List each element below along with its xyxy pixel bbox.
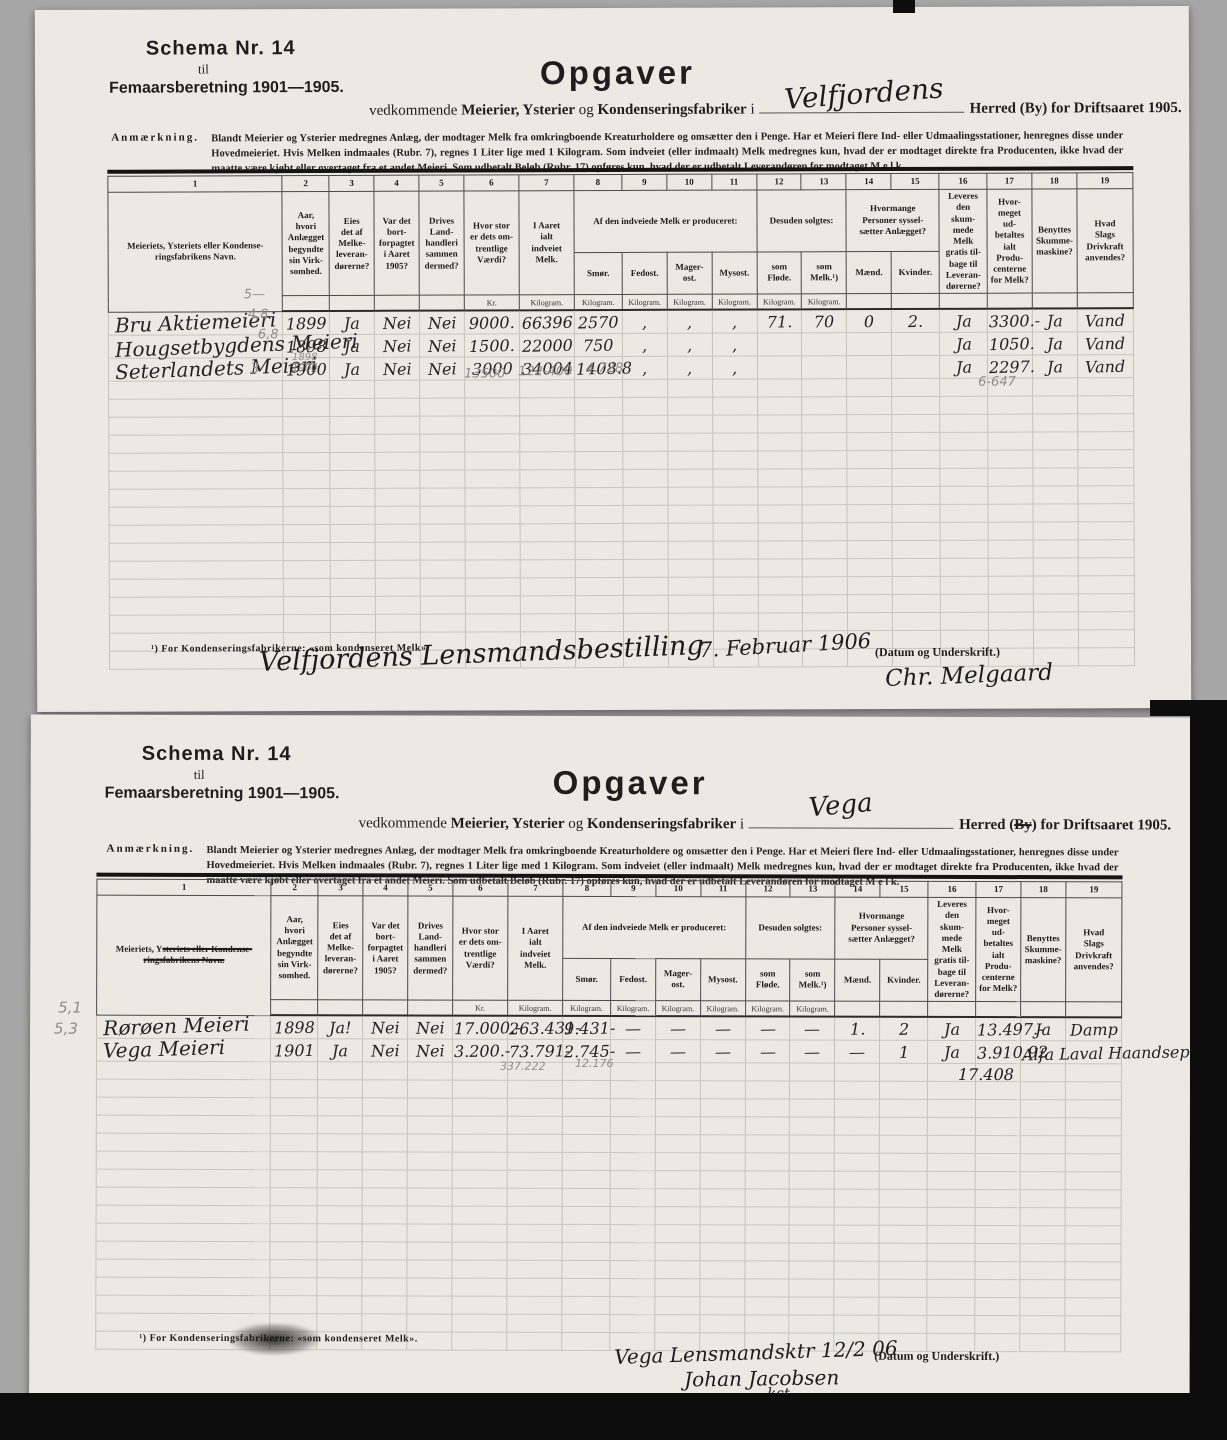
cell: Nei — [419, 311, 464, 334]
cell — [420, 380, 465, 398]
cell — [109, 434, 283, 453]
cell — [713, 541, 758, 559]
cell — [892, 432, 940, 450]
cell: 13.497.- — [976, 1017, 1021, 1040]
cell — [562, 1170, 610, 1188]
handwritten-entry: Ja — [944, 1044, 960, 1060]
cell — [407, 1080, 452, 1098]
cell — [452, 1296, 507, 1314]
cell — [892, 558, 940, 576]
cell — [1065, 1081, 1121, 1099]
handwritten-entry: 9000. — [469, 315, 515, 332]
cell — [330, 398, 375, 416]
cell — [700, 1206, 745, 1224]
cell — [520, 577, 575, 595]
pencil-count: 3 — [250, 359, 260, 377]
cell — [562, 1260, 610, 1278]
cell: 66396 — [519, 310, 574, 333]
column-number: 19 — [1077, 173, 1133, 189]
cell — [1077, 395, 1133, 413]
cell — [407, 1314, 452, 1332]
cell — [623, 595, 668, 613]
handwritten-entry: Vand — [1085, 359, 1126, 376]
subheader-cell: Mager- ost. — [656, 958, 701, 1001]
cell — [892, 504, 940, 522]
cell — [610, 1224, 655, 1242]
cell — [668, 415, 713, 433]
cell — [1033, 558, 1078, 576]
handwritten-entry: 1. — [850, 1021, 866, 1037]
cell — [363, 1098, 408, 1116]
data-table: 12345678910111213141516171819Meieriets, … — [95, 879, 1122, 1352]
subheader-cell: Kvinder. — [891, 251, 939, 294]
cell — [375, 578, 420, 596]
handwritten-entry: 1 — [898, 1044, 908, 1060]
header-cell: Benyttes Skumme- maskine? — [1032, 189, 1077, 293]
cell — [941, 612, 989, 630]
herred-by: By — [1025, 101, 1043, 117]
ved-i: i — [750, 102, 754, 118]
unit-cell — [835, 1001, 880, 1017]
header-name-part: ringsfabrikens Navn. — [143, 955, 224, 965]
cell — [668, 469, 713, 487]
cell — [834, 1279, 879, 1297]
cell — [465, 380, 520, 398]
pencil-year-fraction: 1898 1900 — [292, 353, 318, 374]
cell: 3300.- — [987, 309, 1032, 332]
column-number: 6 — [464, 175, 519, 191]
cell — [575, 469, 623, 487]
cell — [507, 1188, 562, 1206]
ink-smudge — [229, 1323, 319, 1355]
cell — [847, 540, 892, 558]
handwritten-entry: Nei — [427, 315, 456, 332]
cell — [668, 487, 713, 505]
cell — [465, 470, 520, 488]
cell — [700, 1116, 745, 1134]
ved-pre: vedkommende — [369, 103, 457, 119]
cell — [790, 1117, 835, 1135]
cell — [847, 332, 892, 355]
cell — [575, 595, 623, 613]
cell — [802, 396, 847, 414]
pencil-sum-paid: 6-647 — [978, 375, 1016, 390]
pencil-margin-row2: 5,3 — [54, 1020, 78, 1038]
header-name-part: Meieriets, Y — [116, 944, 163, 954]
cell — [375, 542, 420, 560]
cell — [758, 559, 803, 577]
cell — [790, 1171, 835, 1189]
cell — [1077, 377, 1133, 395]
cell — [1078, 539, 1134, 557]
cell — [879, 1207, 927, 1225]
column-number: 14 — [835, 881, 880, 897]
handwritten-entry: Ja — [344, 361, 360, 377]
cell — [1078, 593, 1134, 611]
cell — [407, 1278, 452, 1296]
cell — [975, 1189, 1020, 1207]
cell — [610, 1134, 655, 1152]
cell — [1078, 647, 1134, 665]
cell — [700, 1152, 745, 1170]
cell — [575, 577, 623, 595]
cell — [623, 505, 668, 523]
cell: 3.910.92 — [976, 1040, 1021, 1063]
cell — [1033, 612, 1078, 630]
cell — [927, 1135, 975, 1153]
cell — [892, 522, 940, 540]
cell — [375, 524, 420, 542]
cell — [562, 1206, 610, 1224]
cell — [700, 1062, 745, 1080]
cell — [757, 415, 802, 433]
cell — [879, 1189, 927, 1207]
table-wrap-2: 12345678910111213141516171819Meieriets, … — [95, 873, 1122, 1352]
cell — [575, 505, 623, 523]
cell — [668, 451, 713, 469]
cell: 70 — [802, 309, 847, 332]
handwritten-entry: 22000 — [521, 337, 572, 354]
cell — [452, 1314, 507, 1332]
cell — [655, 1206, 700, 1224]
cell — [507, 1332, 562, 1350]
cell — [375, 416, 420, 434]
til-label: til — [198, 61, 209, 77]
header-cell: Eies det af Melke- leveran- dørerne? — [329, 191, 374, 295]
header-cell: Var det bort- forpagtet i Aaret 1905? — [374, 191, 419, 295]
cell — [848, 576, 893, 594]
cell — [803, 558, 848, 576]
cell — [988, 486, 1033, 504]
cell — [835, 1099, 880, 1117]
cell: 2. — [892, 309, 940, 332]
cell: 2 — [880, 1017, 928, 1040]
cell — [465, 524, 520, 542]
cell — [700, 1170, 745, 1188]
cell — [893, 612, 941, 630]
cell: 1050. — [987, 332, 1032, 355]
cell: — — [700, 1039, 745, 1062]
herred-by-struck: By — [1014, 817, 1032, 833]
cell — [271, 1079, 318, 1097]
cell — [802, 355, 847, 378]
handwritten-entry: , — [642, 315, 647, 331]
handwritten-entry: Nei — [383, 361, 412, 378]
cell — [317, 1241, 362, 1259]
cell — [330, 542, 375, 560]
handwritten-entry: Ja — [944, 1021, 960, 1037]
handwritten-entry: , — [687, 360, 692, 376]
column-number: 12 — [756, 174, 801, 190]
column-number: 7 — [508, 880, 563, 896]
cell — [655, 1080, 700, 1098]
cell — [988, 432, 1033, 450]
cell — [879, 1297, 927, 1315]
header-name-part: Meieriets, Y — [127, 241, 174, 251]
cell — [975, 1315, 1020, 1333]
handwritten-entry: Damp — [1069, 1022, 1117, 1039]
cell — [610, 1314, 655, 1332]
page-title: Opgaver — [540, 54, 695, 93]
unit-cell — [330, 296, 375, 312]
cell — [407, 1170, 452, 1188]
cell — [520, 505, 575, 523]
cell — [790, 1189, 835, 1207]
cell — [668, 595, 713, 613]
cell — [893, 594, 941, 612]
header-cell: Drives Land- handleri sammen dermed? — [408, 896, 453, 1000]
cell — [610, 1188, 655, 1206]
cell — [376, 596, 421, 614]
cell: — — [835, 1040, 880, 1063]
handwritten-entry: Nei — [427, 338, 456, 355]
handwritten-entry: — — [670, 1021, 686, 1037]
cell — [283, 398, 330, 416]
cell — [1020, 1189, 1065, 1207]
cell — [575, 559, 623, 577]
cell — [420, 470, 465, 488]
scan-artifact-top — [893, 0, 915, 13]
cell — [317, 1295, 362, 1313]
cell — [284, 542, 331, 560]
cell — [96, 1241, 270, 1259]
cell — [507, 1278, 562, 1296]
scan-black-bottom — [0, 1393, 1227, 1440]
cell — [284, 614, 331, 632]
cell: Vand — [1077, 308, 1133, 331]
cell — [1065, 1135, 1121, 1153]
cell — [407, 1152, 452, 1170]
cell — [520, 595, 575, 613]
header-cell: Leveres den skum- mede Melk gratis til- … — [928, 897, 976, 1001]
cell — [758, 613, 803, 631]
cell — [317, 1277, 362, 1295]
cell — [420, 578, 465, 596]
subheader-cell: som Fløde. — [757, 251, 802, 294]
cell — [988, 504, 1033, 522]
cell — [668, 523, 713, 541]
cell: — — [655, 1016, 700, 1039]
cell — [1065, 1189, 1121, 1207]
header-name-part: steriets eller Kondense- — [162, 944, 252, 954]
ved-bold-1: Meierier, Ysterier — [461, 102, 575, 118]
cell — [452, 1152, 507, 1170]
unit-cell — [987, 293, 1032, 309]
handwritten-entry: 2570 — [578, 314, 619, 331]
cell — [96, 1079, 270, 1097]
cell — [757, 379, 802, 397]
cell — [331, 614, 376, 632]
handwritten-place: Velfjordens — [784, 71, 945, 116]
cell — [109, 506, 283, 525]
cell — [927, 1153, 975, 1171]
cell — [745, 1207, 790, 1225]
cell — [834, 1189, 879, 1207]
signature-name: Chr. Melgaard — [885, 660, 1054, 692]
cell — [712, 433, 757, 451]
cell — [834, 1315, 879, 1333]
cell — [407, 1260, 452, 1278]
cell — [655, 1260, 700, 1278]
cell — [940, 486, 988, 504]
handwritten-entry: — — [715, 1044, 731, 1060]
unit-cell: Kilogram. — [790, 1001, 835, 1017]
cell — [834, 1243, 879, 1261]
cell — [623, 541, 668, 559]
column-number: 3 — [318, 880, 363, 896]
cell — [757, 451, 802, 469]
cell: 1901 — [271, 1038, 318, 1061]
cell — [575, 523, 623, 541]
cell — [940, 594, 988, 612]
cell — [375, 470, 420, 488]
unit-cell: Kilogram. — [508, 1000, 563, 1016]
cell — [507, 1152, 562, 1170]
cell — [270, 1295, 317, 1313]
cell — [988, 396, 1033, 414]
cell — [1033, 432, 1078, 450]
cell — [283, 452, 330, 470]
cell — [847, 486, 892, 504]
cell — [879, 1279, 927, 1297]
cell — [802, 504, 847, 522]
cell — [835, 1135, 880, 1153]
cell — [420, 614, 465, 632]
handwritten-entry: Ja — [1047, 359, 1063, 375]
cell — [940, 450, 988, 468]
cell: 1898 — [271, 1015, 318, 1038]
column-number: 16 — [939, 173, 987, 189]
cell — [283, 488, 330, 506]
cell — [610, 1170, 655, 1188]
cell — [407, 1098, 452, 1116]
report-title: Femaarsberetning 1901—1905. — [105, 785, 340, 804]
cell — [562, 1332, 610, 1350]
cell — [507, 1314, 562, 1332]
header-group-sold: Desuden solgtes: — [745, 897, 835, 959]
cell — [892, 540, 940, 558]
column-number: 1 — [97, 879, 271, 895]
handwritten-entry: — — [804, 1021, 820, 1037]
header-group-persons: Hvormange Personer syssel- sætter Anlægg… — [846, 189, 939, 251]
cell — [1020, 1207, 1065, 1225]
page-1: Schema Nr. 14 til Femaarsberetning 1901—… — [35, 6, 1191, 712]
cell — [1065, 1153, 1121, 1171]
cell — [745, 1153, 790, 1171]
unit-cell: Kilogram. — [667, 294, 712, 310]
cell — [375, 380, 420, 398]
cell — [668, 559, 713, 577]
cell: 1 — [880, 1040, 928, 1063]
handwritten-entry: Nei — [428, 361, 457, 378]
cell: 1. — [835, 1017, 880, 1040]
cell — [575, 487, 623, 505]
pencil-sum-milk: 337.222 — [500, 1060, 546, 1073]
cell: , — [712, 333, 757, 356]
cell — [789, 1225, 834, 1243]
cell: Nei — [375, 311, 420, 334]
pencil-sum-butter: 12.176 — [575, 1057, 614, 1070]
cell — [270, 1259, 317, 1277]
cell: 73.791- — [507, 1039, 562, 1062]
cell — [745, 1225, 790, 1243]
cell — [318, 1115, 363, 1133]
cell — [420, 524, 465, 542]
cell — [713, 595, 758, 613]
cell — [700, 1098, 745, 1116]
cell — [96, 1259, 270, 1277]
cell: 17.000.- — [452, 1016, 507, 1039]
cell — [465, 596, 520, 614]
cell — [407, 1188, 452, 1206]
cell — [465, 434, 520, 452]
cell — [655, 1296, 700, 1314]
cell — [847, 504, 892, 522]
cell: — — [700, 1016, 745, 1039]
column-number: 10 — [667, 174, 712, 190]
data-table: 12345678910111213141516171819Meieriets, … — [107, 172, 1135, 669]
cell — [1033, 468, 1078, 486]
cell — [803, 594, 848, 612]
cell — [271, 1097, 318, 1115]
cell — [940, 522, 988, 540]
cell — [834, 1261, 879, 1279]
cell — [520, 559, 575, 577]
cell — [318, 1097, 363, 1115]
cell: Ja — [1032, 332, 1077, 355]
cell — [271, 1151, 318, 1169]
cell — [744, 1297, 789, 1315]
cell: Ja — [928, 1017, 976, 1040]
cell — [507, 1116, 562, 1134]
cell — [988, 558, 1033, 576]
unit-cell: Kilogram. — [757, 294, 802, 310]
cell — [520, 541, 575, 559]
cell — [362, 1278, 407, 1296]
cell — [879, 1171, 927, 1189]
column-number: 13 — [801, 174, 846, 190]
cell: — — [745, 1040, 790, 1063]
cell — [713, 577, 758, 595]
cell — [623, 559, 668, 577]
cell — [655, 1278, 700, 1296]
handwritten-entry: , — [687, 337, 692, 353]
cell — [1020, 1297, 1065, 1315]
handwritten-entry: — — [715, 1021, 731, 1037]
cell — [655, 1134, 700, 1152]
cell — [835, 1171, 880, 1189]
cell — [892, 396, 940, 414]
cell — [655, 1152, 700, 1170]
cell — [330, 488, 375, 506]
column-number: 8 — [563, 880, 611, 896]
cell — [700, 1080, 745, 1098]
cell — [575, 379, 623, 397]
cell — [507, 1098, 562, 1116]
cell — [465, 398, 520, 416]
cell — [835, 1117, 880, 1135]
unit-cell — [1077, 293, 1133, 309]
cell — [362, 1206, 407, 1224]
cell — [1078, 629, 1134, 647]
cell — [802, 378, 847, 396]
column-number: 13 — [790, 881, 835, 897]
cell — [655, 1188, 700, 1206]
cell — [879, 1315, 927, 1333]
cell — [744, 1279, 789, 1297]
cell — [562, 1080, 610, 1098]
subheader-cell: Mænd. — [846, 251, 891, 294]
